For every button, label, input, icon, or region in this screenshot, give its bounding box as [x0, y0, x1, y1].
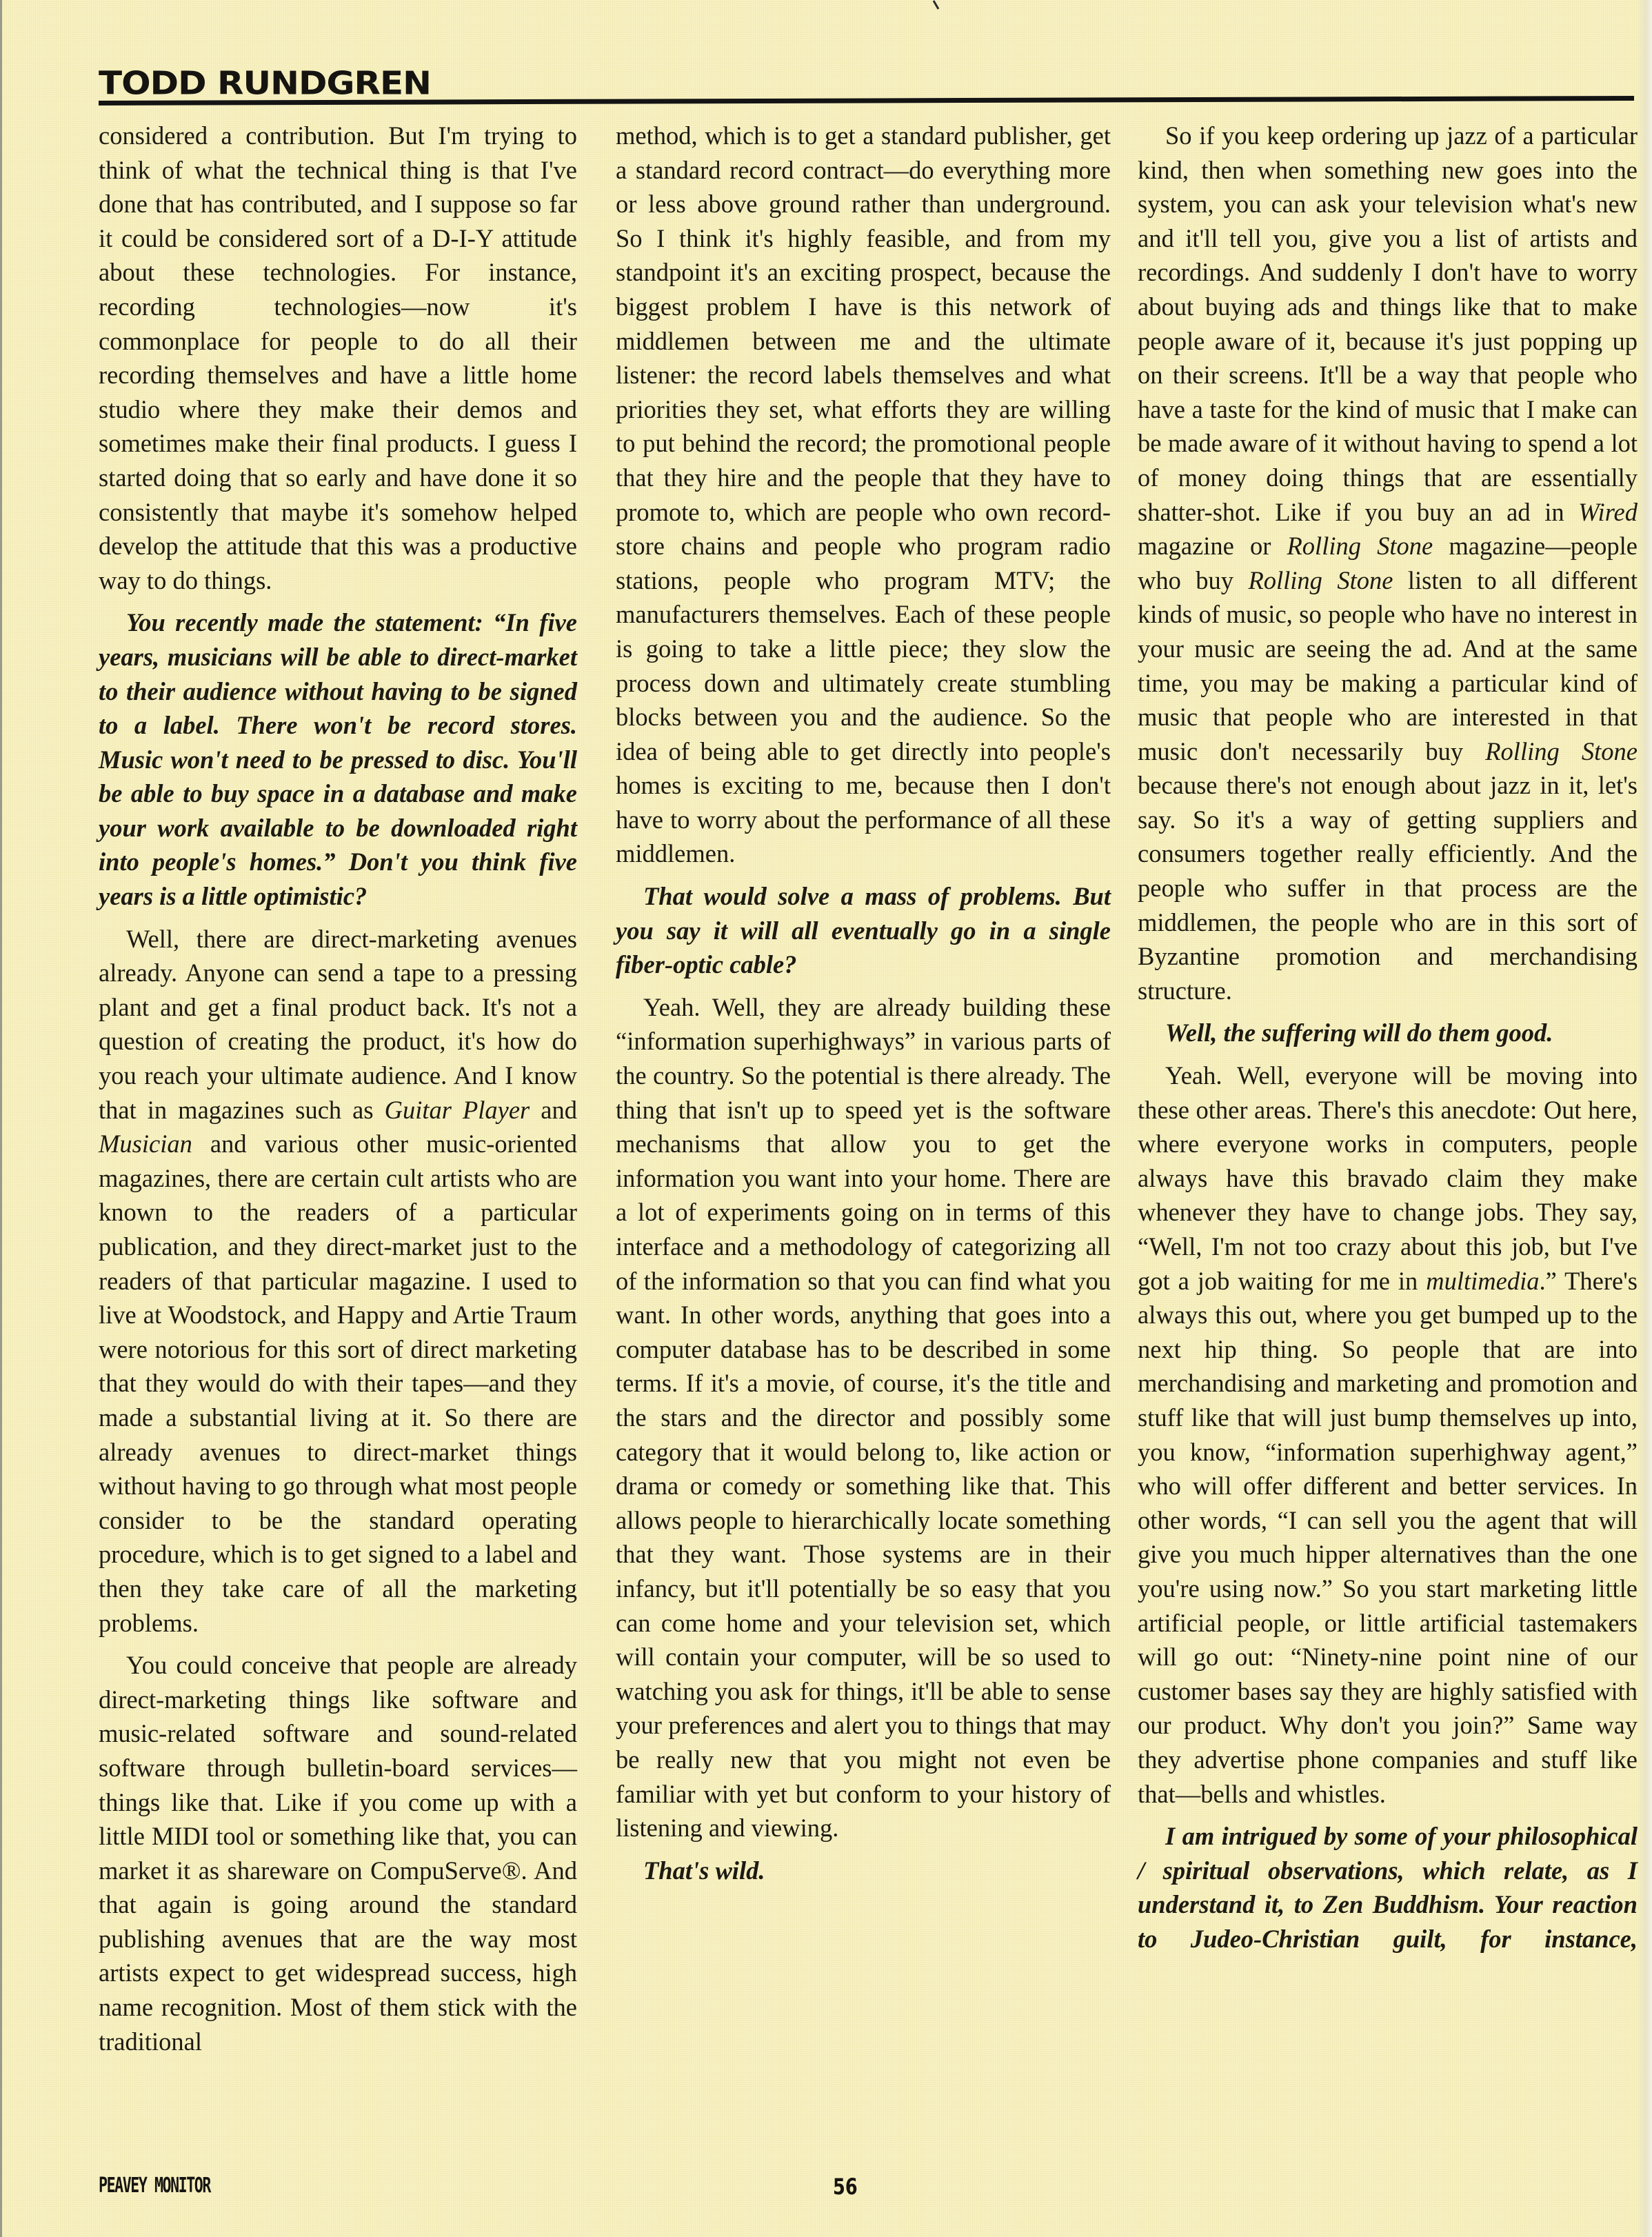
footer-page-number: 56: [833, 2174, 858, 2200]
magazine-title: Rolling Stone: [1287, 532, 1433, 560]
answer-text: So if you keep ordering up jazz of a par…: [1138, 121, 1638, 526]
answer-paragraph: Yeah. Well, they are already building th…: [616, 990, 1111, 1845]
page-header: TODD RUNDGREN: [99, 66, 1634, 103]
answer-paragraph: So if you keep ordering up jazz of a par…: [1138, 119, 1638, 1007]
answer-paragraph: Well, there are direct-marketing avenues…: [99, 922, 577, 1640]
magazine-title: Rolling Stone: [1248, 566, 1393, 594]
article-column-1: considered a contribution. But I'm tryin…: [99, 119, 577, 2067]
interviewer-question: You recently made the statement: “In fiv…: [99, 605, 577, 913]
answer-text: Well, there are direct-marketing avenues…: [99, 925, 577, 1124]
interviewer-question: That's wild.: [616, 1854, 1111, 1888]
magazine-title: Rolling Stone: [1485, 737, 1638, 765]
answer-text: and various other music-oriented magazin…: [99, 1130, 577, 1636]
answer-paragraph: method, which is to get a standard publi…: [616, 119, 1111, 871]
answer-paragraph: Yeah. Well, everyone will be moving into…: [1138, 1059, 1638, 1811]
interviewer-question: That would solve a mass of problems. But…: [616, 879, 1111, 982]
magazine-title: Guitar Player: [385, 1096, 530, 1124]
answer-text: magazine or: [1138, 532, 1287, 560]
answer-text: .” There's always this out, where you ge…: [1138, 1267, 1638, 1808]
magazine-title: Musician: [99, 1130, 192, 1158]
answer-text: because there's not enough about jazz in…: [1138, 771, 1638, 1005]
answer-paragraph: You could conceive that people are alrea…: [99, 1648, 577, 2058]
page-title: TODD RUNDGREN: [99, 66, 431, 101]
answer-text: listen to all different kinds of music, …: [1138, 566, 1638, 765]
article-column-3: So if you keep ordering up jazz of a par…: [1138, 119, 1638, 1964]
scan-mark: [933, 0, 940, 10]
interviewer-question: Well, the suffering will do them good.: [1138, 1016, 1638, 1050]
answer-text: and: [530, 1096, 577, 1124]
answer-paragraph: considered a contribution. But I'm tryin…: [99, 119, 577, 597]
answer-text: Yeah. Well, everyone will be moving into…: [1138, 1061, 1638, 1295]
interviewer-question: I am intrigued by some of your philosoph…: [1138, 1819, 1638, 1956]
emphasis-text: multimedia: [1426, 1267, 1539, 1295]
article-body: considered a contribution. But I'm tryin…: [0, 119, 1652, 2160]
magazine-title: Wired: [1578, 498, 1638, 526]
article-column-2: method, which is to get a standard publi…: [616, 119, 1111, 1896]
footer-publication-name: PEAVEY MONITOR: [99, 2174, 210, 2198]
